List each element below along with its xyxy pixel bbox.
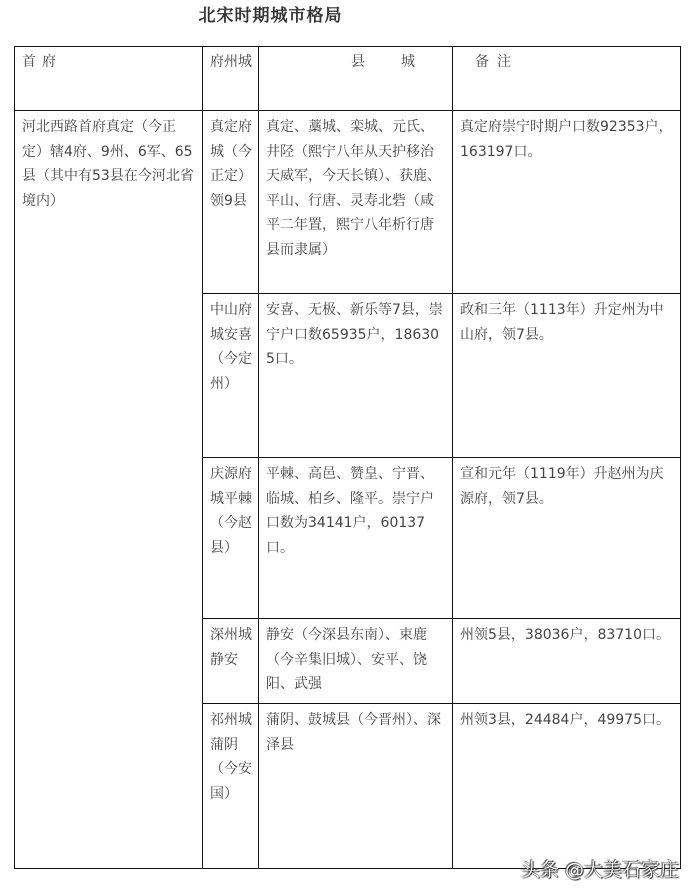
city-cell: 深州城静安 [203, 619, 259, 704]
header-city: 府州城 [203, 47, 259, 111]
note-cell: 宣和元年（1119年）升赵州为庆源府，领7县。 [453, 458, 681, 619]
note-cell: 真定府崇宁时期户口数92353户，163197口。 [453, 111, 681, 294]
header-county: 县城 [259, 47, 453, 111]
city-layout-table: 首府 府州城 县城 备注 河北西路首府真定（今正定）辖4府、9州、6军、65县（… [14, 46, 681, 869]
page-title-text: 北宋时期城市格局 [199, 6, 343, 26]
note-cell: 政和三年（1113年）升定州为中山府，领7县。 [453, 294, 681, 458]
table-row: 河北西路首府真定（今正定）辖4府、9州、6军、65县（其中有53县在今河北省境内… [15, 111, 681, 294]
city-cell: 中山府城安喜（今定州） [203, 294, 259, 458]
page-title: 北宋时期城市格局 [0, 4, 693, 28]
city-cell: 真定府城（今正定）领9县 [203, 111, 259, 294]
header-prefecture: 首府 [15, 47, 203, 111]
header-prefecture-char-1: 首 [22, 54, 36, 70]
note-cell: 州领5县，38036户，83710口。 [453, 619, 681, 704]
table-header-row: 首府 府州城 县城 备注 [15, 47, 681, 111]
prefecture-cell: 河北西路首府真定（今正定）辖4府、9州、6军、65县（其中有53县在今河北省境内… [15, 111, 203, 869]
header-note-char-2: 注 [497, 54, 511, 70]
county-cell: 平棘、高邑、赞皇、宁晋、临城、柏乡、隆平。崇宁户口数为34141户，60137口… [259, 458, 453, 619]
county-cell: 蒲阴、鼓城县（今晋州）、深泽县 [259, 704, 453, 869]
county-cell: 安喜、无极、新乐等7县，崇宁户口数65935户，186305口。 [259, 294, 453, 458]
note-cell: 州领3县，24484户，49975口。 [453, 704, 681, 869]
header-prefecture-char-2: 府 [42, 54, 56, 70]
watermark: 头条 @大美石家庄 [521, 855, 679, 882]
header-note-char-1: 备 [475, 54, 489, 70]
header-note: 备注 [453, 47, 681, 111]
city-cell: 庆源府城平棘（今赵县） [203, 458, 259, 619]
header-county-char-2: 城 [401, 54, 415, 70]
city-cell: 祁州城蒲阴（今安国） [203, 704, 259, 869]
header-county-char-1: 县 [351, 54, 365, 70]
county-cell: 静安（今深县东南）、束鹿（今辛集旧城）、安平、饶阳、武强 [259, 619, 453, 704]
county-cell: 真定、藁城、栾城、元氏、井陉（熙宁八年从天护移治天威军，今天长镇）、获鹿、平山、… [259, 111, 453, 294]
